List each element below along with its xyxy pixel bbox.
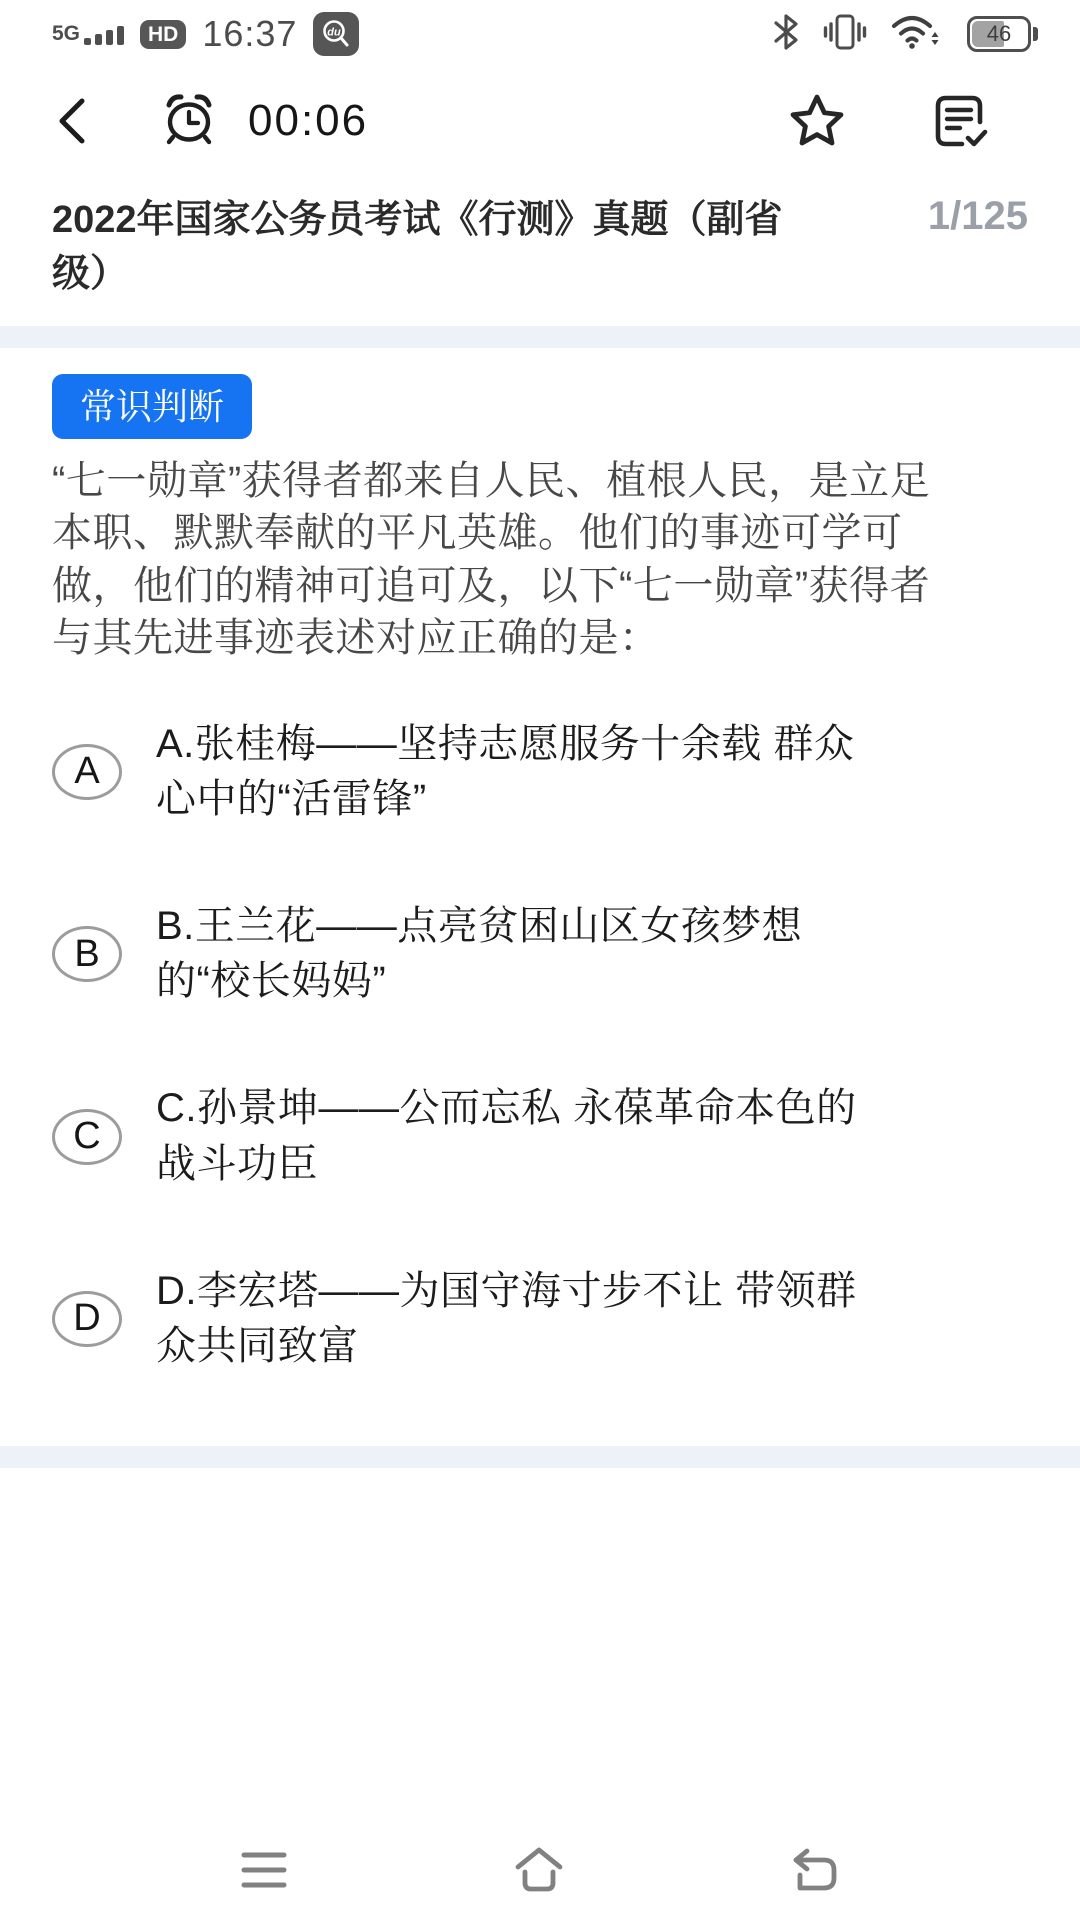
nav-menu-button[interactable] xyxy=(240,1848,288,1892)
svg-text:du: du xyxy=(328,27,342,39)
nav-home-button[interactable] xyxy=(512,1846,566,1894)
option-c[interactable]: C C.孙景坤——公而忘私 永葆革命本色的 战斗功臣 xyxy=(52,1081,1028,1191)
option-d-badge[interactable]: D xyxy=(52,1291,122,1347)
vibrate-icon xyxy=(823,13,867,56)
section-divider-top xyxy=(0,326,1080,348)
signal-bars-icon xyxy=(84,23,124,45)
question-text: “七一勋章”获得者都来自人民、植根人民，是立足 本职、默默奉献的平凡英雄。他们的… xyxy=(52,455,1028,665)
category-tag: 常识判断 xyxy=(52,374,252,439)
bluetooth-icon xyxy=(773,13,799,56)
option-b-text[interactable]: B.王兰花——点亮贫困山区女孩梦想 的“校长妈妈” xyxy=(156,899,802,1009)
back-button[interactable] xyxy=(50,93,94,149)
option-c-badge[interactable]: C xyxy=(52,1109,122,1165)
option-d[interactable]: D D.李宏塔——为国守海寸步不让 带领群 众共同致富 xyxy=(52,1264,1028,1374)
option-a-text[interactable]: A.张桂梅——坚持志愿服务十余载 群众 心中的“活雷锋” xyxy=(156,717,854,827)
timer-value: 00:06 xyxy=(248,96,368,146)
status-time: 16:37 xyxy=(202,13,297,55)
question-progress: 1/125 xyxy=(928,194,1028,239)
du-ime-icon: du xyxy=(313,12,359,56)
exam-title: 2022年国家公务员考试《行测》真题（副省 级） xyxy=(52,194,808,302)
question-panel: 常识判断 “七一勋章”获得者都来自人民、植根人民，是立足 本职、默默奉献的平凡英… xyxy=(0,348,1080,1374)
option-a[interactable]: A A.张桂梅——坚持志愿服务十余载 群众 心中的“活雷锋” xyxy=(52,717,1028,827)
option-b-badge[interactable]: B xyxy=(52,926,122,982)
wifi-icon xyxy=(891,12,943,57)
answer-sheet-button[interactable] xyxy=(930,92,988,150)
options-list: A A.张桂梅——坚持志愿服务十余载 群众 心中的“活雷锋” B B.王兰花——… xyxy=(52,717,1028,1375)
option-c-text[interactable]: C.孙景坤——公而忘私 永葆革命本色的 战斗功臣 xyxy=(156,1081,857,1191)
system-nav-bar xyxy=(0,1820,1080,1920)
hd-badge-icon: HD xyxy=(140,20,186,49)
option-d-text[interactable]: D.李宏塔——为国守海寸步不让 带领群 众共同致富 xyxy=(156,1264,857,1374)
nav-back-button[interactable] xyxy=(790,1847,840,1893)
favorite-star-button[interactable] xyxy=(786,91,848,151)
option-b[interactable]: B B.王兰花——点亮贫困山区女孩梦想 的“校长妈妈” xyxy=(52,899,1028,1009)
network-type-label: 5G xyxy=(52,23,80,44)
signal-indicator: 5G xyxy=(52,23,124,45)
battery-icon: 46 xyxy=(967,16,1038,52)
section-divider-bottom xyxy=(0,1446,1080,1468)
exam-title-row: 2022年国家公务员考试《行测》真题（副省 级） 1/125 xyxy=(0,194,1080,302)
battery-percent: 46 xyxy=(970,21,1028,47)
alarm-clock-icon xyxy=(160,90,218,153)
option-a-badge[interactable]: A xyxy=(52,744,122,800)
header-bar: 00:06 xyxy=(0,72,1080,170)
status-bar: 5G HD 16:37 du xyxy=(0,0,1080,58)
exam-timer: 00:06 xyxy=(160,90,368,153)
